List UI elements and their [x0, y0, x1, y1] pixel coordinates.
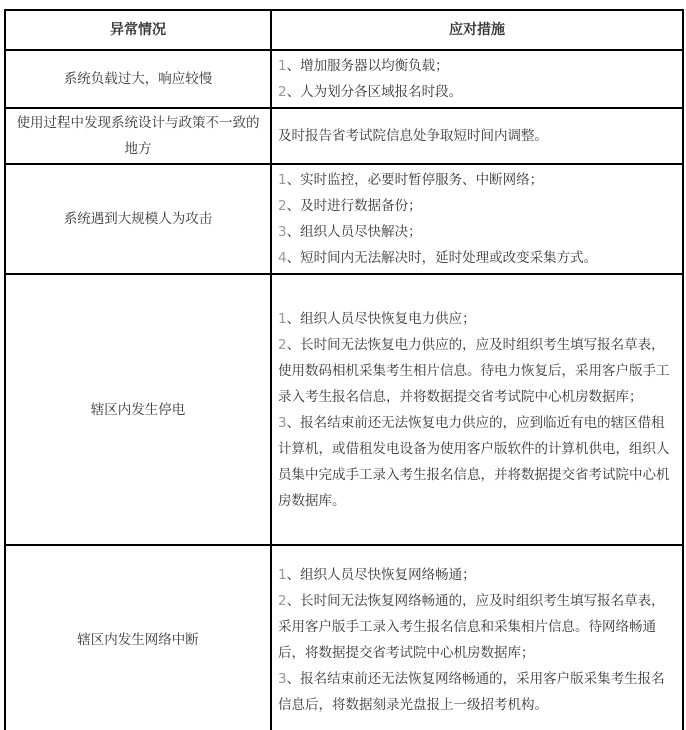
- measures-cell: 1、组织人员尽快恢复网络畅通；2、长时间无法恢复网络畅通的，应及时组织考生填写报…: [271, 545, 683, 730]
- measure-item: 3、报名结束前还无法恢复电力供应的，应到临近有电的辖区借租计算机，或借租发电设备…: [278, 410, 674, 514]
- measure-text: 、及时进行数据备份；: [287, 198, 422, 214]
- table-row: 辖区内发生停电1、组织人员尽快恢复电力供应；2、长时间无法恢复电力供应的，应及时…: [5, 274, 683, 545]
- measure-text: 、组织人员尽快恢复网络畅通；: [287, 567, 476, 583]
- table-row: 系统负载过大，响应较慢1、增加服务器以均衡负载；2、人为划分各区域报名时段。: [5, 50, 683, 108]
- measure-text: 、组织人员尽快解决；: [287, 224, 422, 240]
- measure-item: 4、短时间内无法解决时，延时处理或改变采集方式。: [278, 245, 674, 271]
- measure-number: 4: [278, 250, 287, 266]
- measure-text: 、报名结束前还无法恢复网络畅通的，采用客户版采集考生报名信息后，将数据刻录光盘报…: [278, 671, 665, 713]
- measure-item: 2、及时进行数据备份；: [278, 193, 674, 219]
- measure-text: 及时报告省考试院信息处争取短时间内调整。: [278, 128, 548, 144]
- measure-text: 、长时间无法恢复网络畅通的，应及时组织考生填写报名草表，采用客户版手工录入考生报…: [278, 593, 665, 661]
- contingency-table: 异常情况 应对措施 系统负载过大，响应较慢1、增加服务器以均衡负载；2、人为划分…: [4, 9, 684, 730]
- measure-number: 3: [278, 224, 287, 240]
- measures-cell: 1、组织人员尽快恢复电力供应；2、长时间无法恢复电力供应的，应及时组织考生填写报…: [271, 274, 683, 545]
- measure-number: 3: [278, 671, 287, 687]
- situation-cell: 辖区内发生网络中断: [5, 545, 271, 730]
- measure-item: 及时报告省考试院信息处争取短时间内调整。: [278, 123, 674, 149]
- measure-item: 1、组织人员尽快恢复电力供应；: [278, 306, 674, 332]
- table-row: 辖区内发生网络中断1、组织人员尽快恢复网络畅通；2、长时间无法恢复网络畅通的，应…: [5, 545, 683, 730]
- header-measures: 应对措施: [271, 10, 683, 50]
- measure-number: 1: [278, 58, 287, 74]
- measure-number: 1: [278, 567, 287, 583]
- situation-cell: 系统遇到大规模人为攻击: [5, 164, 271, 274]
- measure-number: 2: [278, 198, 287, 214]
- situation-cell: 系统负载过大，响应较慢: [5, 50, 271, 108]
- measure-number: 1: [278, 311, 287, 327]
- table-row: 系统遇到大规模人为攻击1、实时监控，必要时暂停服务、中断网络；2、及时进行数据备…: [5, 164, 683, 274]
- measure-text: 、长时间无法恢复电力供应的，应及时组织考生填写报名草表，使用数码相机采集考生相片…: [278, 337, 670, 405]
- measure-number: 2: [278, 593, 287, 609]
- measure-item: 1、增加服务器以均衡负载；: [278, 53, 674, 79]
- measure-item: 3、组织人员尽快解决；: [278, 219, 674, 245]
- measure-number: 3: [278, 415, 287, 431]
- measure-item: 2、长时间无法恢复电力供应的，应及时组织考生填写报名草表，使用数码相机采集考生相…: [278, 332, 674, 410]
- table-row: 使用过程中发现系统设计与政策不一致的地方及时报告省考试院信息处争取短时间内调整。: [5, 108, 683, 164]
- measures-cell: 1、实时监控，必要时暂停服务、中断网络；2、及时进行数据备份；3、组织人员尽快解…: [271, 164, 683, 274]
- measure-item: 1、实时监控，必要时暂停服务、中断网络；: [278, 167, 674, 193]
- measure-text: 、实时监控，必要时暂停服务、中断网络；: [287, 172, 544, 188]
- header-row: 异常情况 应对措施: [5, 10, 683, 50]
- measure-text: 、组织人员尽快恢复电力供应；: [287, 311, 476, 327]
- measure-text: 、报名结束前还无法恢复电力供应的，应到临近有电的辖区借租计算机，或借租发电设备为…: [278, 415, 670, 509]
- situation-cell: 使用过程中发现系统设计与政策不一致的地方: [5, 108, 271, 164]
- measure-number: 2: [278, 84, 287, 100]
- situation-cell: 辖区内发生停电: [5, 274, 271, 545]
- measure-number: 1: [278, 172, 287, 188]
- measures-cell: 1、增加服务器以均衡负载；2、人为划分各区域报名时段。: [271, 50, 683, 108]
- measure-number: 2: [278, 337, 287, 353]
- header-situation: 异常情况: [5, 10, 271, 50]
- measure-item: 1、组织人员尽快恢复网络畅通；: [278, 562, 674, 588]
- measure-item: 2、人为划分各区域报名时段。: [278, 79, 674, 105]
- measure-text: 、人为划分各区域报名时段。: [287, 84, 463, 100]
- measure-text: 、增加服务器以均衡负载；: [287, 58, 449, 74]
- measure-item: 2、长时间无法恢复网络畅通的，应及时组织考生填写报名草表，采用客户版手工录入考生…: [278, 588, 674, 666]
- measures-cell: 及时报告省考试院信息处争取短时间内调整。: [271, 108, 683, 164]
- measure-text: 、短时间内无法解决时，延时处理或改变采集方式。: [287, 250, 598, 266]
- measure-item: 3、报名结束前还无法恢复网络畅通的，采用客户版采集考生报名信息后，将数据刻录光盘…: [278, 666, 674, 718]
